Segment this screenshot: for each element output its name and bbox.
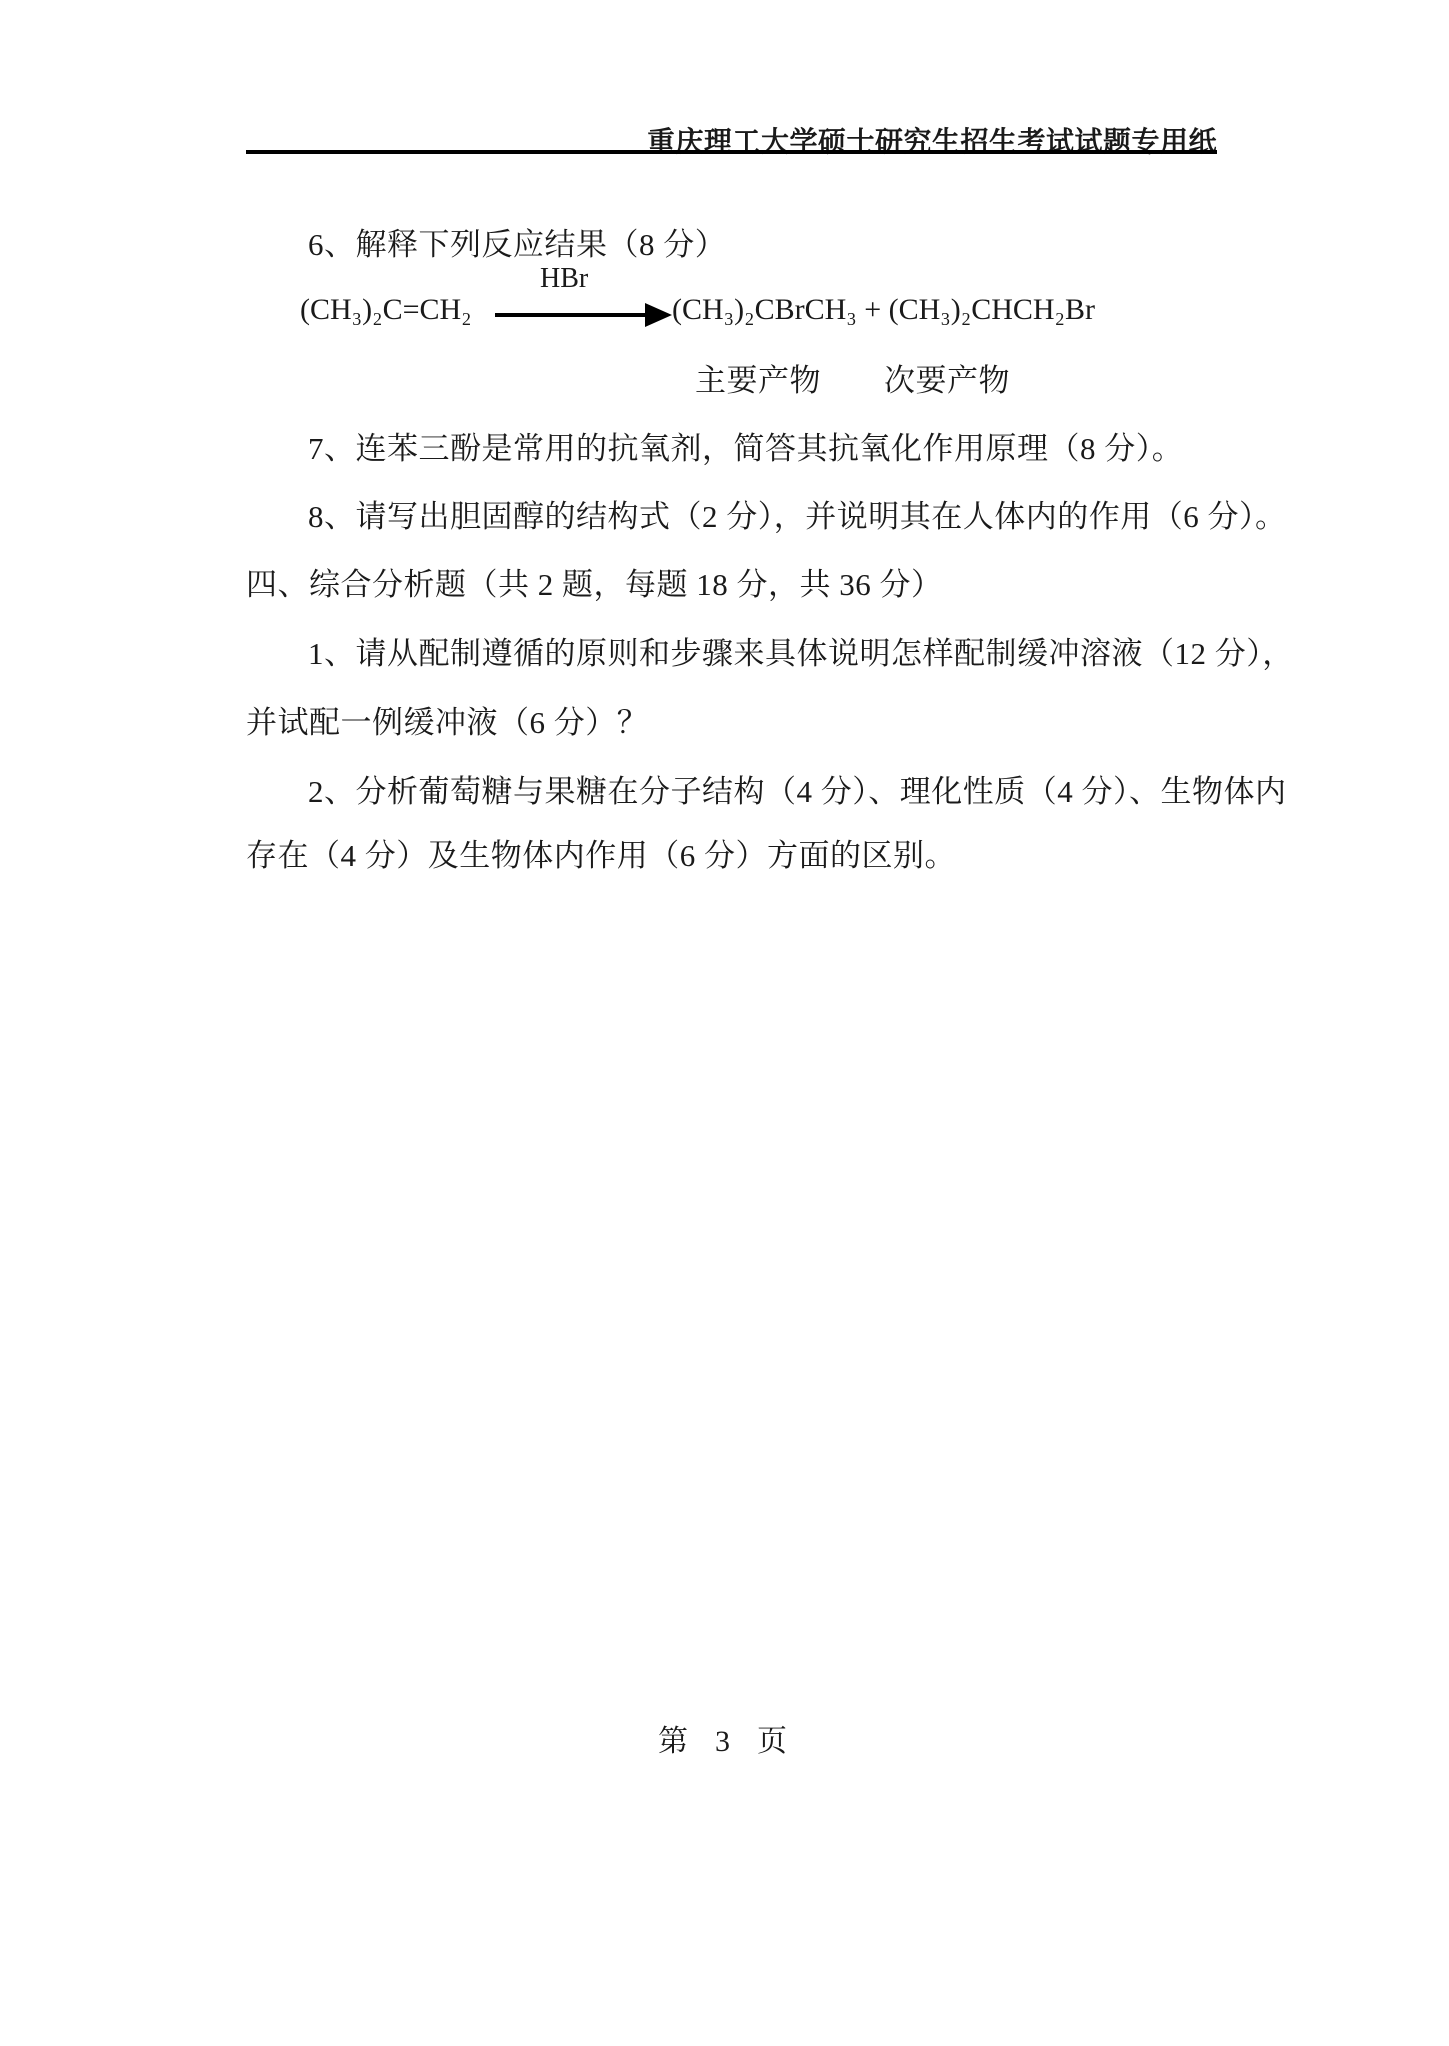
question-7-text: 7、连苯三酚是常用的抗氧剂，简答其抗氧化作用原理（8 分）。	[308, 423, 1183, 468]
section4-question-1-line1: 1、请从配制遵循的原则和步骤来具体说明怎样配制缓冲溶液（12 分），	[308, 628, 1294, 673]
reaction-reactant-formula: (CH₃)₂C=CH₂	[300, 293, 472, 327]
reaction-products-formula: (CH₃)₂CBrCH₃ + (CH₃)₂CHCH₂Br	[672, 293, 1095, 327]
section4-question-2-line1: 2、分析葡萄糖与果糖在分子结构（4 分）、理化性质（4 分）、生物体内	[308, 766, 1287, 811]
exam-paper-page: 重庆理工大学硕士研究生招生考试试题专用纸 6、解释下列反应结果（8 分） HBr…	[0, 0, 1449, 2046]
header-title: 重庆理工大学硕士研究生招生考试试题专用纸	[647, 120, 1217, 160]
header-rule	[246, 150, 1217, 154]
section4-question-1-line2: 并试配一例缓冲液（6 分）？	[246, 697, 648, 742]
section-4-heading: 四、综合分析题（共 2 题，每题 18 分，共 36 分）	[246, 559, 943, 604]
page-number: 第 3 页	[0, 1716, 1449, 1760]
minor-product-label: 次要产物	[884, 355, 1010, 400]
question-8-text: 8、请写出胆固醇的结构式（2 分），并说明其在人体内的作用（6 分）。	[308, 491, 1287, 536]
reaction-arrow-icon	[495, 295, 673, 331]
section4-question-2-line2: 存在（4 分）及生物体内作用（6 分）方面的区别。	[246, 830, 956, 875]
reaction-reagent-label: HBr	[540, 263, 588, 295]
major-product-label: 主要产物	[695, 355, 821, 400]
question-6-text: 6、解释下列反应结果（8 分）	[308, 219, 726, 264]
